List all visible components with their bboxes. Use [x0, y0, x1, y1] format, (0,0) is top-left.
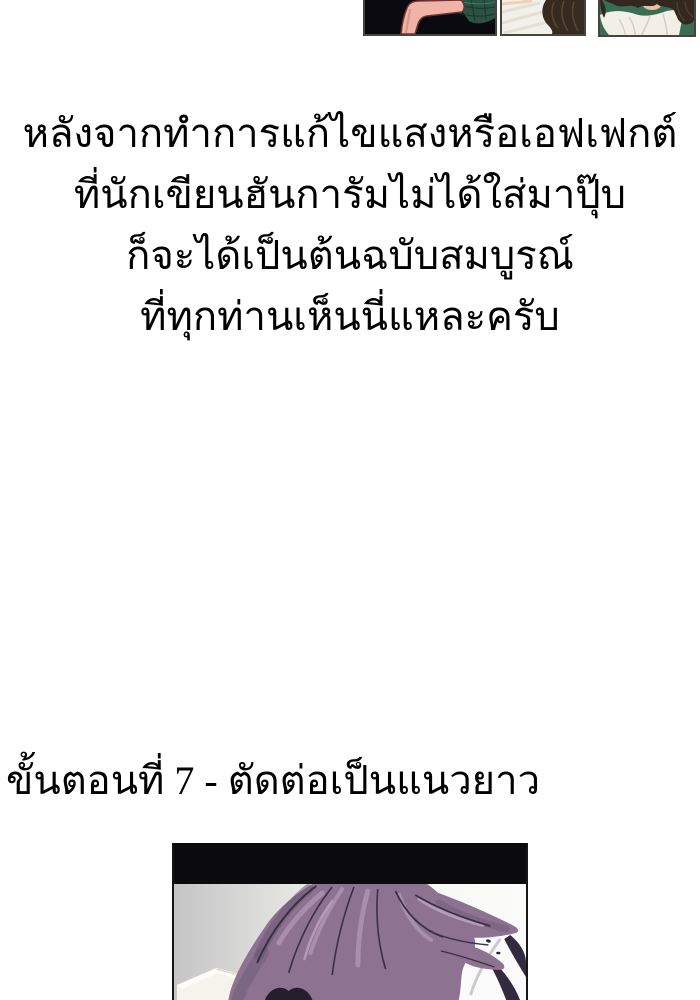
panel-1-art	[365, 0, 495, 34]
letterbox-bar	[174, 843, 526, 884]
step-caption: ขั้นตอนที่ 7 - ตัดต่อเป็นแนวยาว	[6, 750, 540, 811]
comic-panel-art	[174, 843, 526, 1000]
comic-thumbnail-panel-2	[500, 0, 586, 36]
comic-panel-step7	[172, 843, 528, 1000]
narration-line: ก็จะได้เป็นต้นฉบับสมบูรณ์	[0, 225, 700, 286]
narration-line: ที่ทุกท่านเห็นนี่แหละครับ	[0, 286, 700, 347]
narration-line: หลังจากทำการแก้ไขแสงหรือเอฟเฟกต์	[0, 103, 700, 164]
panel-3-art	[600, 0, 694, 35]
panel-2-art	[502, 0, 584, 34]
narration-text: หลังจากทำการแก้ไขแสงหรือเอฟเฟกต์ ที่นักเ…	[0, 103, 700, 347]
webtoon-page: { "page": { "background_color": "#ffffff…	[0, 0, 700, 1000]
comic-thumbnail-panel-3	[598, 0, 696, 37]
narration-line: ที่นักเขียนฮันการัมไม่ได้ใส่มาปุ๊บ	[0, 164, 700, 225]
comic-thumbnail-panel-1	[363, 0, 497, 36]
